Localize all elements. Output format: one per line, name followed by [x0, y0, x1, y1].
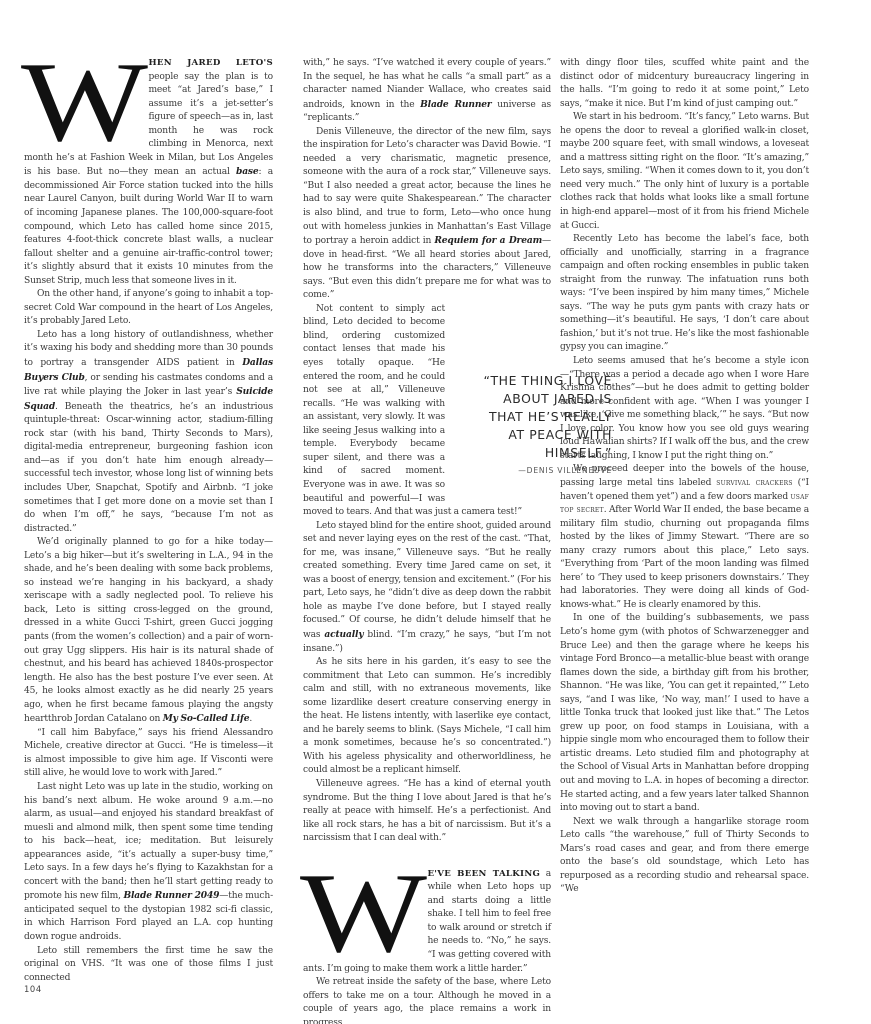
emphasis: actually [324, 629, 363, 640]
section-opening-paragraph: WE'VE BEEN TALKING a while when Leto hop… [303, 868, 551, 976]
film-title: Blade Runner [420, 99, 491, 110]
paragraph: Villeneuve agrees. “He has a kind of ete… [303, 778, 551, 846]
paragraph: As he sits here in his garden, it’s easy… [303, 656, 551, 778]
paragraph: We proceed deeper into the bowels of the… [560, 463, 809, 612]
paragraph: Denis Villeneuve, the director of the ne… [303, 126, 551, 303]
paragraph: with,” he says. “I’ve watched it every c… [303, 57, 551, 126]
drop-cap: W [300, 872, 443, 954]
paragraph: In one of the building’s subbasements, w… [560, 612, 809, 815]
paragraph: We retreat inside the safety of the base… [303, 976, 551, 1024]
paragraph: Recently Leto has become the label’s fac… [560, 233, 809, 355]
paragraph: Leto has a long history of outlandishnes… [24, 329, 273, 536]
paragraph: Leto seems amused that he’s become a sty… [560, 355, 809, 463]
article-column-3: with dingy floor tiles, scuffed white pa… [560, 57, 809, 897]
paragraph: On the other hand, if anyone’s going to … [24, 288, 273, 329]
article-column-1: WHEN JARED LETO'S people say the plan is… [24, 57, 273, 985]
article-column-2: with,” he says. “I’ve watched it every c… [303, 57, 551, 1024]
paragraph: We’d originally planned to go for a hike… [24, 536, 273, 727]
opening-paragraph: WHEN JARED LETO'S people say the plan is… [24, 57, 273, 288]
paragraph: “I call him Babyface,” says his friend A… [24, 727, 273, 781]
label-text: survival crackers [716, 478, 792, 488]
lead-in: HEN JARED LETO'S [148, 58, 273, 68]
paragraph: Leto stayed blind for the entire shoot, … [303, 520, 551, 656]
paragraph: Last night Leto was up late in the studi… [24, 781, 273, 945]
page-number: 104 [24, 984, 42, 994]
tv-title: My So-Called Life [163, 713, 250, 724]
paragraph: Leto still remembers the first time he s… [24, 945, 273, 986]
lead-in: E'VE BEEN TALKING [427, 869, 540, 879]
film-title: Blade Runner 2049 [123, 890, 219, 901]
drop-cap: W [21, 61, 164, 143]
paragraph: We start in his bedroom. “It’s fancy,” L… [560, 111, 809, 233]
paragraph: Next we walk through a hangarlike storag… [560, 816, 809, 897]
film-title: Requiem for a Dream [434, 235, 542, 246]
paragraph: with dingy floor tiles, scuffed white pa… [560, 57, 809, 111]
